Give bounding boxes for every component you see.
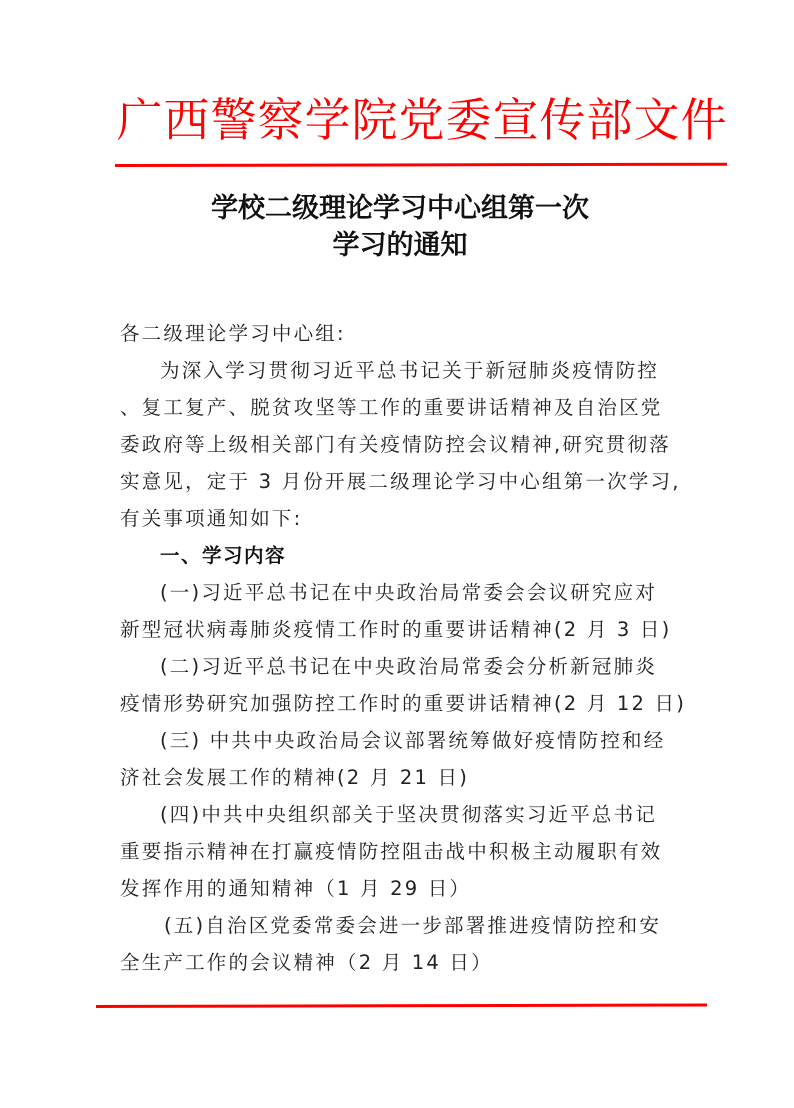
- intro-line: 实意见，定于 3 月份开展二级理论学习中心组第一次学习,: [120, 463, 680, 500]
- study-item-line: 全生产工作的会议精神（2 月 14 日）: [120, 944, 680, 981]
- study-item-line: (四)中共中央组织部关于坚决贯彻落实习近平总书记: [120, 796, 680, 833]
- study-item-line: 发挥作用的通知精神（1 月 29 日）: [120, 870, 680, 907]
- study-item-1: (一)习近平总书记在中央政治局常委会会议研究应对 新型冠状病毒肺炎疫情工作时的重…: [120, 574, 680, 648]
- intro-line: 委政府等上级相关部门有关疫情防控会议精神,研究贯彻落: [120, 426, 680, 463]
- study-item-line: (一)习近平总书记在中央政治局常委会会议研究应对: [120, 574, 680, 611]
- study-item-line: 济社会发展工作的精神(2 月 21 日): [120, 759, 680, 796]
- document-title-line-2: 学习的通知: [150, 227, 650, 264]
- document-body: 各二级理论学习中心组: 为深入学习贯彻习近平总书记关于新冠肺炎疫情防控 、复工复…: [120, 315, 680, 981]
- study-item-4: (四)中共中央组织部关于坚决贯彻落实习近平总书记 重要指示精神在打赢疫情防控阻击…: [120, 796, 680, 907]
- study-item-line: (三) 中共中央政治局会议部署统筹做好疫情防控和经: [120, 722, 680, 759]
- study-item-2: (二)习近平总书记在中央政治局常委会分析新冠肺炎 疫情形势研究加强防控工作时的重…: [120, 648, 680, 722]
- footer-divider-red-rule: [96, 1004, 707, 1008]
- study-item-line: 疫情形势研究加强防控工作时的重要讲话精神(2 月 12 日): [120, 685, 680, 722]
- study-item-3: (三) 中共中央政治局会议部署统筹做好疫情防控和经 济社会发展工作的精神(2 月…: [120, 722, 680, 796]
- study-item-line: (二)习近平总书记在中央政治局常委会分析新冠肺炎: [120, 648, 680, 685]
- study-item-line: 重要指示精神在打赢疫情防控阻击战中积极主动履职有效: [120, 833, 680, 870]
- study-item-5: (五)自治区党委常委会进一步部署推进疫情防控和安 全生产工作的会议精神（2 月 …: [120, 907, 680, 981]
- intro-line: 为深入学习贯彻习近平总书记关于新冠肺炎疫情防控: [120, 352, 680, 389]
- section-heading-study-content: 一、学习内容: [120, 537, 680, 574]
- document-masthead: 广西警察学院党委宣传部文件: [116, 88, 728, 152]
- salutation: 各二级理论学习中心组:: [120, 315, 680, 352]
- document-title: 学校二级理论学习中心组第一次 学习的通知: [150, 190, 650, 264]
- intro-line: 有关事项通知如下:: [120, 500, 680, 537]
- study-item-line: (五)自治区党委常委会进一步部署推进疫情防控和安: [120, 907, 680, 944]
- study-item-line: 新型冠状病毒肺炎疫情工作时的重要讲话精神(2 月 3 日): [120, 611, 680, 648]
- intro-paragraph: 为深入学习贯彻习近平总书记关于新冠肺炎疫情防控 、复工复产、脱贫攻坚等工作的重要…: [120, 352, 680, 537]
- intro-line: 、复工复产、脱贫攻坚等工作的重要讲话精神及自治区党: [120, 389, 680, 426]
- document-title-line-1: 学校二级理论学习中心组第一次: [150, 190, 650, 227]
- masthead-divider-red-rule: [115, 163, 727, 167]
